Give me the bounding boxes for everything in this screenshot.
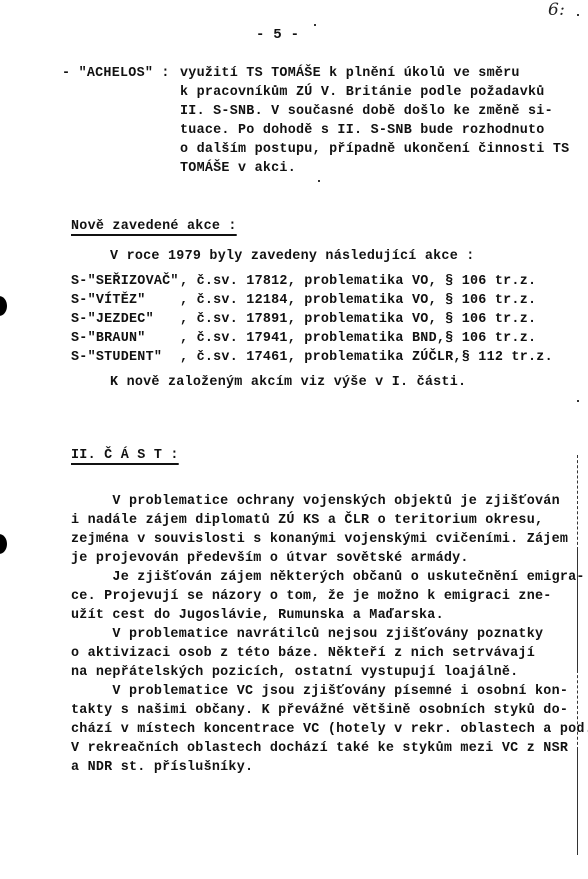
page-edge-line	[577, 550, 578, 670]
action-name: S-"JEZDEC"	[71, 312, 154, 328]
scan-speck	[314, 24, 316, 26]
achelos-line: o dalším postupu, případně ukončení činn…	[180, 142, 569, 158]
achelos-label: - "ACHELOS" :	[62, 66, 170, 82]
scan-speck	[577, 14, 579, 16]
achelos-line: využití TS TOMÁŠE k plnění úkolů ve směr…	[180, 66, 520, 82]
page-edge-line	[577, 670, 578, 750]
body-line: užít cest do Jugoslávie, Rumunska a Maďa…	[71, 608, 444, 624]
body-line: V problematice ochrany vojenských objekt…	[71, 494, 560, 510]
achelos-line: TOMÁŠE v akci.	[180, 161, 296, 177]
page-number: - 5 -	[256, 27, 299, 43]
punch-hole	[0, 534, 7, 554]
achelos-line: tuace. Po dohodě s II. S-SNB bude rozhod…	[180, 123, 545, 139]
scan-speck	[318, 180, 320, 182]
action-name: S-"SEŘIZOVAČ"	[71, 274, 179, 290]
body-line: chází v místech koncentrace VC (hotely v…	[71, 722, 588, 738]
action-entry: , č.sv. 17941, problematika BND,§ 106 tr…	[180, 331, 536, 347]
action-name: S-"STUDENT"	[71, 350, 162, 366]
body-line: na nepřátelských pozicích, ostatní vystu…	[71, 665, 518, 681]
body-line: i nadále zájem diplomatů ZÚ KS a ČLR o t…	[71, 513, 543, 529]
action-entry: , č.sv. 17461, problematika ZÚČLR,§ 112 …	[180, 350, 553, 366]
achelos-line: k pracovníkům ZÚ V. Británie podle požad…	[180, 85, 545, 101]
new-actions-note: K nově založeným akcím viz výše v I. čás…	[110, 375, 466, 391]
section-heading-new-actions: Nově zavedené akce :	[71, 219, 237, 235]
page-edge-line	[577, 750, 578, 855]
achelos-line: II. S-SNB. V současné době došlo ke změn…	[180, 104, 553, 120]
body-line: je projevován především o útvar sovětské…	[71, 551, 469, 567]
scan-speck	[577, 400, 579, 402]
typewritten-page: 6: - 5 - - "ACHELOS" : využití TS TOMÁŠE…	[0, 0, 588, 879]
handwritten-folio-mark: 6:	[548, 0, 565, 20]
action-name: S-"BRAUN"	[71, 331, 146, 347]
action-name: S-"VÍTĚZ"	[71, 293, 146, 309]
new-actions-intro: V roce 1979 byly zavedeny následující ak…	[110, 249, 475, 265]
action-entry: , č.sv. 12184, problematika VO, § 106 tr…	[180, 293, 536, 309]
body-line: Je zjišťován zájem některých občanů o us…	[71, 570, 585, 586]
body-line: zejména v souvislosti s konanými vojensk…	[71, 532, 568, 548]
body-line: a NDR st. příslušníky.	[71, 760, 253, 776]
action-entry: , č.sv. 17812, problematika VO, § 106 tr…	[180, 274, 536, 290]
page-edge-line	[577, 455, 578, 550]
punch-hole	[0, 296, 7, 316]
body-line: ce. Projevují se názory o tom, že je mož…	[71, 589, 552, 605]
body-line: o aktivizaci osob z této báze. Někteří z…	[71, 646, 535, 662]
action-entry: , č.sv. 17891, problematika VO, § 106 tr…	[180, 312, 536, 328]
body-line: V problematice navrátilců nejsou zjišťov…	[71, 627, 543, 643]
section-heading-part-two: II. Č Á S T :	[71, 448, 179, 464]
body-line: V rekreačních oblastech dochází také ke …	[71, 741, 568, 757]
body-line: takty s našimi občany. K převážné většin…	[71, 703, 568, 719]
body-line: V problematice VC jsou zjišťovány písemn…	[71, 684, 568, 700]
